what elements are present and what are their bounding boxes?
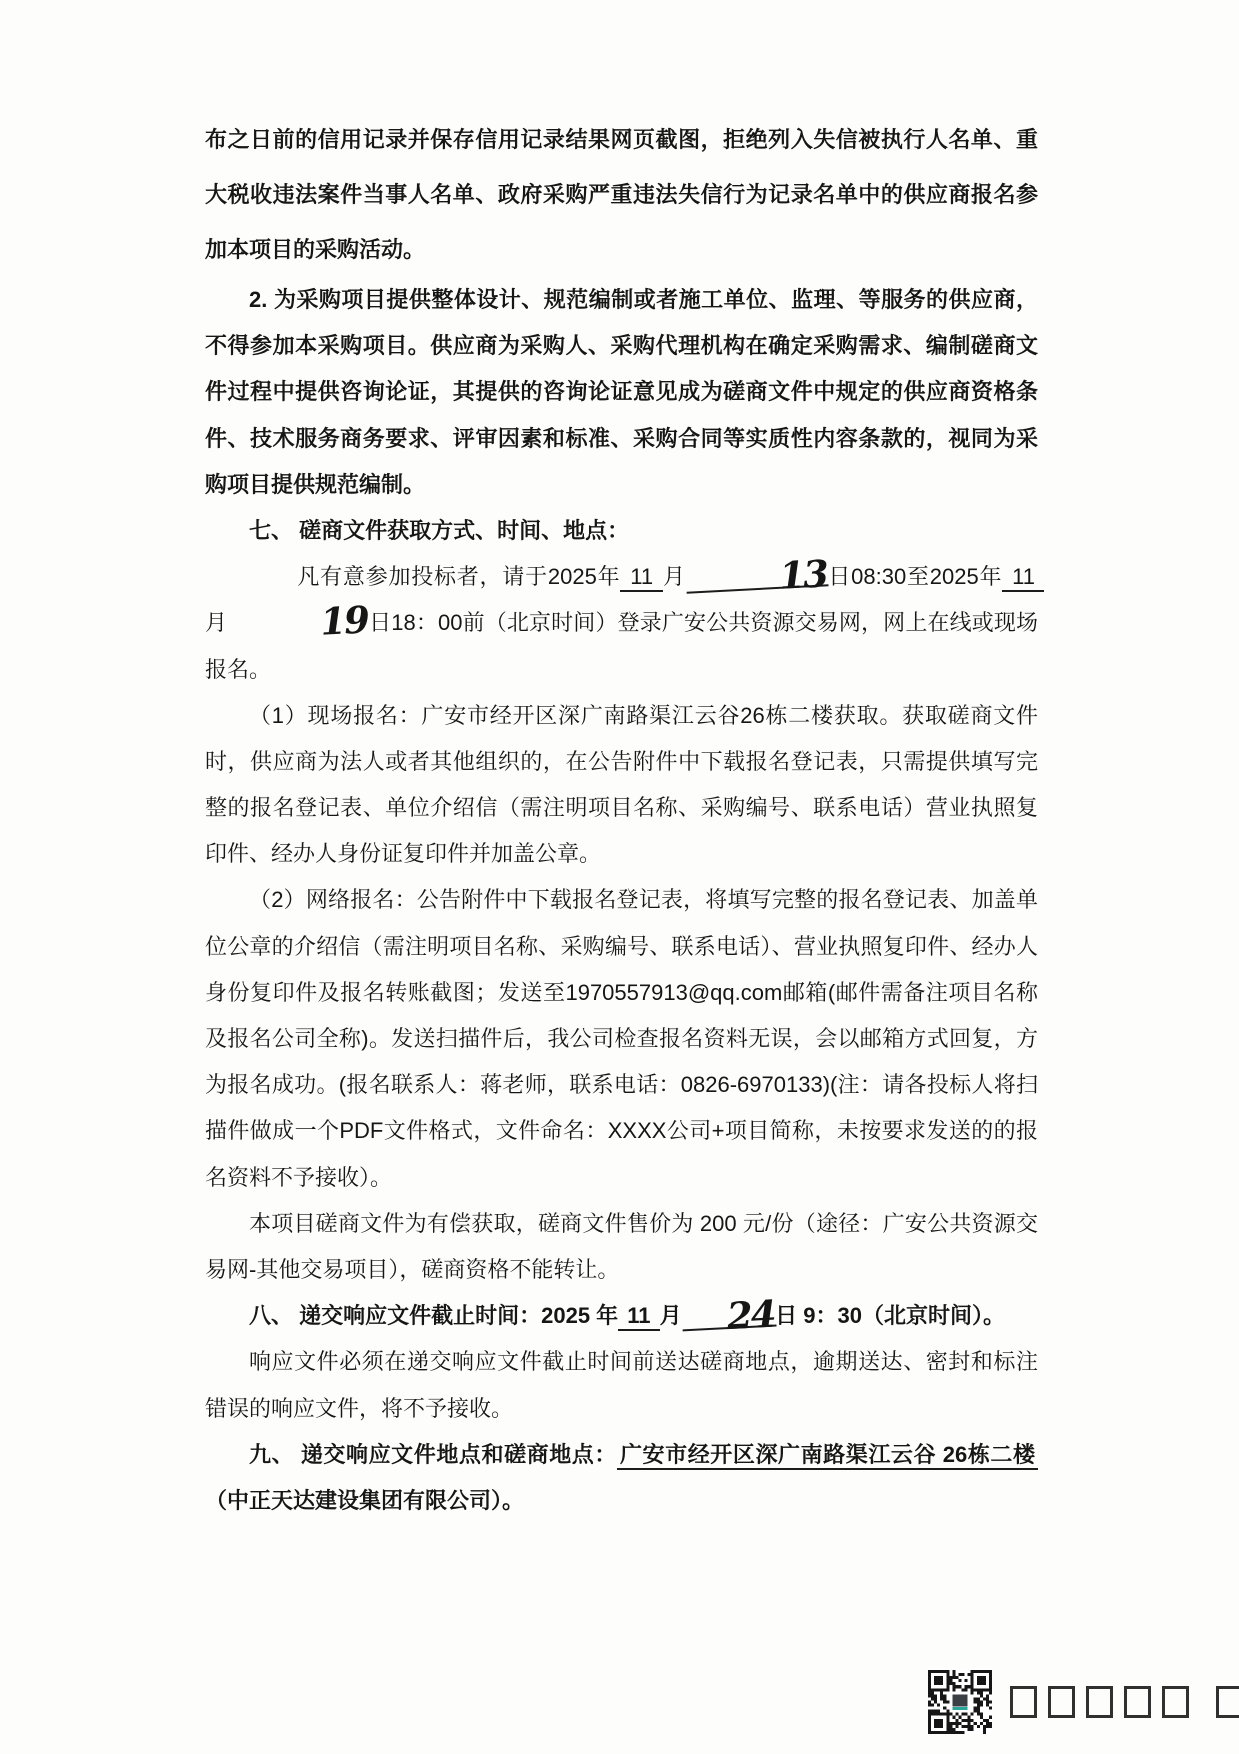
heading-section-7: 七、 磋商文件获取方式、时间、地点：: [205, 508, 1038, 554]
document-body: 布之日前的信用记录并保存信用记录结果网页截图，拒绝列入失信被执行人名单、重大税收…: [205, 112, 1038, 1524]
text-run: 日08:30至2025年: [828, 564, 1003, 589]
text-run: 响应文件必须在递交响应文件截止时间前送达磋商地点，逾期送达、密封和标注错误的响应…: [205, 1349, 1038, 1420]
missing-glyph-box: [1048, 1686, 1075, 1718]
heading-section-8: 八、 递交响应文件截止时间：2025 年 11 月24日 9：30（北京时间）。: [205, 1293, 1038, 1339]
para-registration-time: 凡有意参加投标者，请于2025年 11 月13日08:30至2025年 11 月…: [205, 554, 1038, 693]
qr-code-icon: [928, 1670, 992, 1734]
text-run: 广安市经开区深广南路渠江云谷 26栋二楼: [617, 1442, 1038, 1470]
missing-glyph-boxes: [1010, 1686, 1239, 1718]
text-run: 11: [620, 564, 663, 592]
handwritten-date: 13: [685, 562, 828, 594]
text-run: （中正天达建设集团有限公司）。: [205, 1488, 524, 1513]
text-run: 本项目磋商文件为有偿获取，磋商文件售价为 200 元/份（途径：广安公共资源交易…: [205, 1211, 1038, 1282]
handwritten-date: 19: [227, 609, 370, 639]
text-run: 月: [205, 610, 227, 635]
text-run: 2. 为采购项目提供整体设计、规范编制或者施工单位、监理、等服务的供应商，不得参…: [205, 287, 1038, 497]
heading-section-9: 九、 递交响应文件地点和磋商地点：广安市经开区深广南路渠江云谷 26栋二楼（中正…: [205, 1432, 1038, 1524]
para-document-fee: 本项目磋商文件为有偿获取，磋商文件售价为 200 元/份（途径：广安公共资源交易…: [205, 1201, 1038, 1293]
missing-glyph-box: [1010, 1686, 1037, 1718]
scanned-document-page: 布之日前的信用记录并保存信用记录结果网页截图，拒绝列入失信被执行人名单、重大税收…: [0, 0, 1239, 1754]
text-run: 月: [660, 1303, 682, 1328]
text-run: 八、 递交响应文件截止时间：2025 年: [249, 1303, 618, 1328]
text-run: 布之日前的信用记录并保存信用记录结果网页截图，拒绝列入失信被执行人名单、重大税收…: [205, 127, 1038, 262]
text-run: 七、 磋商文件获取方式、时间、地点：: [249, 518, 629, 543]
para-online-registration: （2）网络报名：公告附件中下载报名登记表，将填写完整的报名登记表、加盖单位公章的…: [205, 877, 1038, 1200]
text-run: 凡有意参加投标者，请于2025年: [297, 564, 620, 589]
page-footer: [928, 1670, 1239, 1734]
para-onsite-registration: （1）现场报名：广安市经开区深广南路渠江云谷26栋二楼获取。获取磋商文件时，供应…: [205, 693, 1038, 878]
missing-glyph-box: [1124, 1686, 1151, 1718]
handwritten-date: 24: [681, 1303, 776, 1332]
text-run: 月: [663, 564, 686, 589]
text-run: （1）现场报名：广安市经开区深广南路渠江云谷26栋二楼获取。获取磋商文件时，供应…: [205, 703, 1038, 867]
text-run: 日 9：30（北京时间）。: [775, 1303, 1005, 1328]
text-run: 11: [1002, 564, 1044, 592]
para-credit-record: 布之日前的信用记录并保存信用记录结果网页截图，拒绝列入失信被执行人名单、重大税收…: [205, 112, 1038, 277]
text-run: （2）网络报名：公告附件中下载报名登记表，将填写完整的报名登记表、加盖单位公章的…: [205, 887, 1038, 1189]
text-run: 11: [618, 1303, 659, 1331]
text-run: 九、 递交响应文件地点和磋商地点：: [249, 1442, 617, 1467]
missing-glyph-box: [1216, 1686, 1239, 1718]
para-submission-deadline-note: 响应文件必须在递交响应文件截止时间前送达磋商地点，逾期送达、密封和标注错误的响应…: [205, 1339, 1038, 1431]
missing-glyph-box: [1162, 1686, 1189, 1718]
missing-glyph-box: [1086, 1686, 1113, 1718]
para-supplier-restriction: 2. 为采购项目提供整体设计、规范编制或者施工单位、监理、等服务的供应商，不得参…: [205, 277, 1038, 508]
